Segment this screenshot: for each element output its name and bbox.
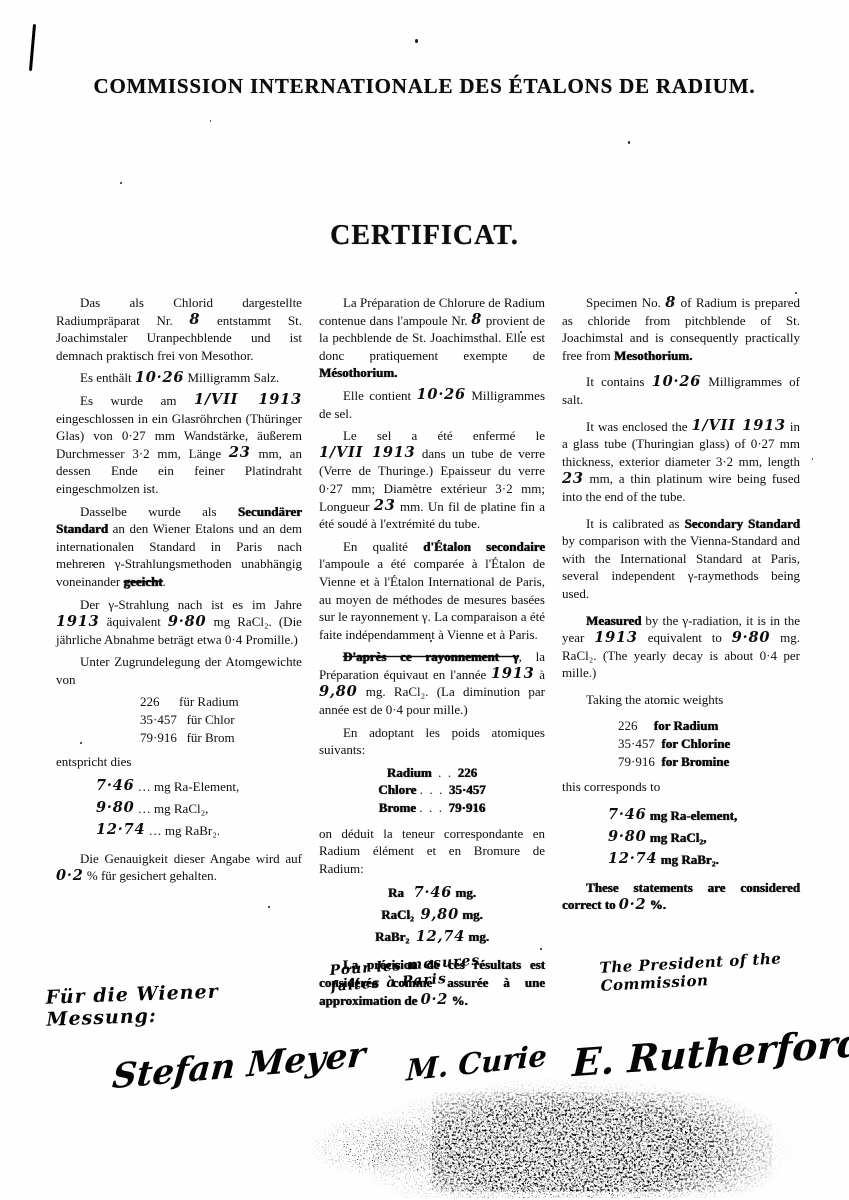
printed-text: Measured xyxy=(586,613,641,628)
printed-text: entspricht dies xyxy=(56,754,131,769)
printed-text: Secondary Standard xyxy=(685,516,800,531)
printed-text: 226 xyxy=(458,765,478,780)
printed-text: It contains xyxy=(586,374,652,389)
printed-text: % für gesichert gehalten. xyxy=(84,868,217,883)
handwritten-value: 9,80 xyxy=(420,906,459,923)
printed-text: mg RaCl₂, xyxy=(647,830,707,845)
paragraph: Dasselbe wurde als Secundärer Standard a… xyxy=(56,503,302,591)
handwritten-value: 23 xyxy=(229,444,251,461)
handwritten-value: 1913 xyxy=(491,665,535,682)
printed-text: D'après ce rayonnement γ xyxy=(343,649,519,664)
scan-speckle xyxy=(812,458,813,460)
handwritten-value: 1913 xyxy=(594,629,638,646)
printed-text: on déduit la teneur correspondante en Ra… xyxy=(319,826,545,876)
paragraph: It contains 10·26 Milligrammes of salt. xyxy=(562,373,800,408)
signature-e-rutherford: E. Rutherford xyxy=(572,1020,849,1086)
scan-speckle xyxy=(80,742,82,744)
handwritten-value: 10·26 xyxy=(135,369,184,386)
printed-text: äquivalent xyxy=(100,614,168,629)
printed-text: mg. xyxy=(452,885,476,900)
handwritten-value: 7·46 xyxy=(414,884,453,901)
paragraph: En adoptant les poids atomiques suivants… xyxy=(319,724,545,759)
printed-text: by comparison with the Vienna-Standard a… xyxy=(562,533,800,601)
paragraph: It was enclosed the 1/VII 1913 in a glas… xyxy=(562,418,800,506)
handwritten-value: 0·2 xyxy=(56,867,84,884)
printed-text: 35·457 xyxy=(618,736,661,751)
paragraph: on déduit la teneur correspondante en Ra… xyxy=(319,825,545,878)
printed-text: Brome xyxy=(379,800,416,815)
paragraph: entspricht dies xyxy=(56,753,302,771)
printed-text: . xyxy=(163,574,166,589)
printed-text: RaBr₂ xyxy=(375,929,416,944)
paragraph: 226 for Radium35·457 for Chlorine79·916 … xyxy=(618,717,800,770)
handwritten-value: 0·2 xyxy=(421,991,449,1008)
handwritten-value: 7·46 xyxy=(608,806,647,823)
paragraph: These statements are considered correct … xyxy=(562,879,800,914)
printed-text: 226 für Radium xyxy=(140,694,239,709)
scan-speckle xyxy=(120,182,122,184)
printed-text: Taking the atomic weights xyxy=(586,692,723,707)
handwritten-value: 9·80 xyxy=(96,799,135,816)
scan-speckle xyxy=(795,292,797,294)
printed-text: En adoptant les poids atomiques suivants… xyxy=(319,725,545,758)
ink-stroke-mark xyxy=(29,24,36,71)
printed-text: 35·457 xyxy=(449,782,486,797)
printed-text: l'ampoule a été comparée à l'Étalon de V… xyxy=(319,556,545,641)
signature-caption-vienna: Für die Wiener Messung: xyxy=(45,977,316,1030)
printed-text: Specimen No. xyxy=(586,295,665,310)
handwritten-value: 8 xyxy=(471,311,482,328)
printed-text: %. xyxy=(646,897,666,912)
paragraph: Es wurde am 1/VII 1913 eingeschlossen in… xyxy=(56,392,302,498)
printed-text: 226 xyxy=(618,718,654,733)
printed-text: mg Ra-element, xyxy=(647,808,738,823)
paragraph: Ra 7·46 mg.RaCl₂ 9,80 mg.RaBr₂ 12,74 mg. xyxy=(319,882,545,948)
printed-text: En qualité xyxy=(343,539,423,554)
printed-text: Mésothorium. xyxy=(319,365,397,380)
handwritten-value: 10·26 xyxy=(652,373,701,390)
printed-text: mg. xyxy=(459,907,483,922)
printed-text: %. xyxy=(448,993,468,1008)
paragraph: Taking the atomic weights xyxy=(562,691,800,709)
printed-text: 79·916 xyxy=(448,800,485,815)
certificate-columns: Das als Chlorid dargestellte Radiumpräpa… xyxy=(56,294,800,1014)
printed-text: mm, a thin platinum wire being fused int… xyxy=(562,471,800,504)
printed-text: … mg RaCl₂, xyxy=(135,801,209,816)
scan-noise-patch xyxy=(292,1108,462,1178)
handwritten-value: 1/VII 1913 xyxy=(319,444,416,461)
printed-text: RaCl₂ xyxy=(381,907,420,922)
handwritten-value: 12·74 xyxy=(96,821,145,838)
printed-text: Radium xyxy=(387,765,432,780)
handwritten-value: 23 xyxy=(562,470,584,487)
printed-text: Es enthält xyxy=(80,370,135,385)
printed-text: Ra xyxy=(388,885,414,900)
printed-text: for Bromine xyxy=(661,754,729,769)
printed-text: Le sel a été enfermé le xyxy=(343,428,545,443)
paragraph: Es enthält 10·26 Milligramm Salz. xyxy=(56,369,302,387)
paragraph: Elle contient 10·26 Milligrammes de sel. xyxy=(319,387,545,422)
printed-text: à xyxy=(535,667,545,682)
printed-text: It is calibrated as xyxy=(586,516,685,531)
printed-text: . . . xyxy=(416,800,449,815)
paragraph: Das als Chlorid dargestellte Radiumpräpa… xyxy=(56,294,302,364)
printed-text: … mg RaBr₂. xyxy=(145,823,220,838)
paragraph: La Préparation de Chlorure de Radium con… xyxy=(319,294,545,382)
printed-text: this corresponds to xyxy=(562,779,660,794)
printed-text: 79·916 xyxy=(618,754,661,769)
scan-speckle xyxy=(415,39,418,43)
printed-text: Chlore xyxy=(378,782,416,797)
printed-text: d'Étalon secondaire xyxy=(423,539,545,554)
signature-stefan-meyer: Stefan Meyer xyxy=(111,1035,367,1098)
printed-text: Elle contient xyxy=(343,388,417,403)
printed-text: . . . xyxy=(416,782,449,797)
printed-text: Milligramm Salz. xyxy=(184,370,279,385)
paragraph: Radium . . 226Chlore . . . 35·457Brome .… xyxy=(319,764,545,817)
paragraph: Le sel a été enfermé le 1/VII 1913 dans … xyxy=(319,427,545,533)
handwritten-value: 23 xyxy=(374,497,396,514)
signature-m-curie: M. Curie xyxy=(406,1038,548,1087)
handwritten-value: 10·26 xyxy=(417,386,466,403)
paragraph: 7·46 … mg Ra-Element,9·80 … mg RaCl₂,12·… xyxy=(96,776,302,842)
scan-speckle xyxy=(628,141,630,144)
handwritten-value: 9·80 xyxy=(732,629,771,646)
printed-text: Es wurde am xyxy=(80,393,194,408)
paragraph: Measured by the γ-radiation, it is in th… xyxy=(562,612,800,682)
paragraph: Der γ-Strahlung nach ist es im Jahre 191… xyxy=(56,596,302,649)
scan-speckle xyxy=(560,1188,562,1190)
scan-speckle xyxy=(210,120,211,122)
printed-text: 79·916 für Brom xyxy=(140,730,235,745)
column-english: Specimen No. 8 of Radium is prepared as … xyxy=(562,294,800,1014)
page-title: COMMISSION INTERNATIONALE DES ÉTALONS DE… xyxy=(0,74,849,99)
paragraph: Die Genauigkeit dieser Angabe wird auf 0… xyxy=(56,850,302,885)
scan-speckle xyxy=(665,702,667,704)
printed-text: . . xyxy=(432,765,458,780)
printed-text: geeicht xyxy=(124,574,163,589)
handwritten-value: 9,80 xyxy=(319,683,358,700)
paragraph: 226 für Radium35·457 für Chlor79·916 für… xyxy=(140,693,302,746)
printed-text: These statements are considered correct … xyxy=(562,880,800,913)
handwritten-value: 8 xyxy=(665,294,676,311)
paragraph: D'après ce rayonnement γ, la Préparation… xyxy=(319,648,545,718)
handwritten-value: 12,74 xyxy=(416,928,465,945)
printed-text: … mg Ra-Element, xyxy=(135,779,240,794)
column-german: Das als Chlorid dargestellte Radiumpräpa… xyxy=(56,294,302,1014)
paragraph: Specimen No. 8 of Radium is prepared as … xyxy=(562,294,800,364)
handwritten-value: 1/VII 1913 xyxy=(692,417,786,434)
paragraph: It is calibrated as Secondary Standard b… xyxy=(562,515,800,603)
scan-speckle xyxy=(430,640,432,642)
paragraph: 7·46 mg Ra-element,9·80 mg RaCl₂,12·74 m… xyxy=(608,805,800,871)
handwritten-value: 8 xyxy=(189,311,200,328)
paragraph: this corresponds to xyxy=(562,778,800,796)
printed-text: equivalent to xyxy=(638,630,732,645)
printed-text: for Radium xyxy=(654,718,718,733)
handwritten-value: 9·80 xyxy=(608,828,647,845)
certificate-page: COMMISSION INTERNATIONALE DES ÉTALONS DE… xyxy=(0,0,849,1200)
scan-speckle xyxy=(92,564,94,566)
handwritten-value: 1913 xyxy=(56,613,100,630)
scan-noise-blob xyxy=(372,1072,840,1198)
printed-text: 35·457 für Chlor xyxy=(140,712,235,727)
scan-speckle xyxy=(268,906,270,908)
handwritten-value: 1/VII 1913 xyxy=(194,391,302,408)
handwritten-value: 0·2 xyxy=(619,896,647,913)
printed-text: mg RaBr₂. xyxy=(657,852,718,867)
printed-text: Dasselbe wurde als xyxy=(80,504,238,519)
handwritten-value: 9·80 xyxy=(168,613,207,630)
column-french: La Préparation de Chlorure de Radium con… xyxy=(319,294,545,1014)
printed-text: mg. xyxy=(465,929,489,944)
handwritten-value: 7·46 xyxy=(96,777,135,794)
printed-text: Die Genauigkeit dieser Angabe wird auf xyxy=(80,851,302,866)
printed-text: Mesothorium. xyxy=(614,348,692,363)
printed-text: for Chlorine xyxy=(661,736,730,751)
scan-speckle xyxy=(540,948,542,950)
printed-text: Unter Zugrundelegung der Atomgewichte vo… xyxy=(56,654,302,687)
paragraph: Unter Zugrundelegung der Atomgewichte vo… xyxy=(56,653,302,688)
printed-text: Der γ-Strahlung nach ist es im Jahre xyxy=(80,597,302,612)
handwritten-value: 12·74 xyxy=(608,850,657,867)
certificate-heading: CERTIFICAT. xyxy=(0,220,849,252)
printed-text: It was enclosed the xyxy=(586,419,692,434)
paragraph: En qualité d'Étalon secondaire l'ampoule… xyxy=(319,538,545,644)
scan-speckle xyxy=(520,331,522,333)
